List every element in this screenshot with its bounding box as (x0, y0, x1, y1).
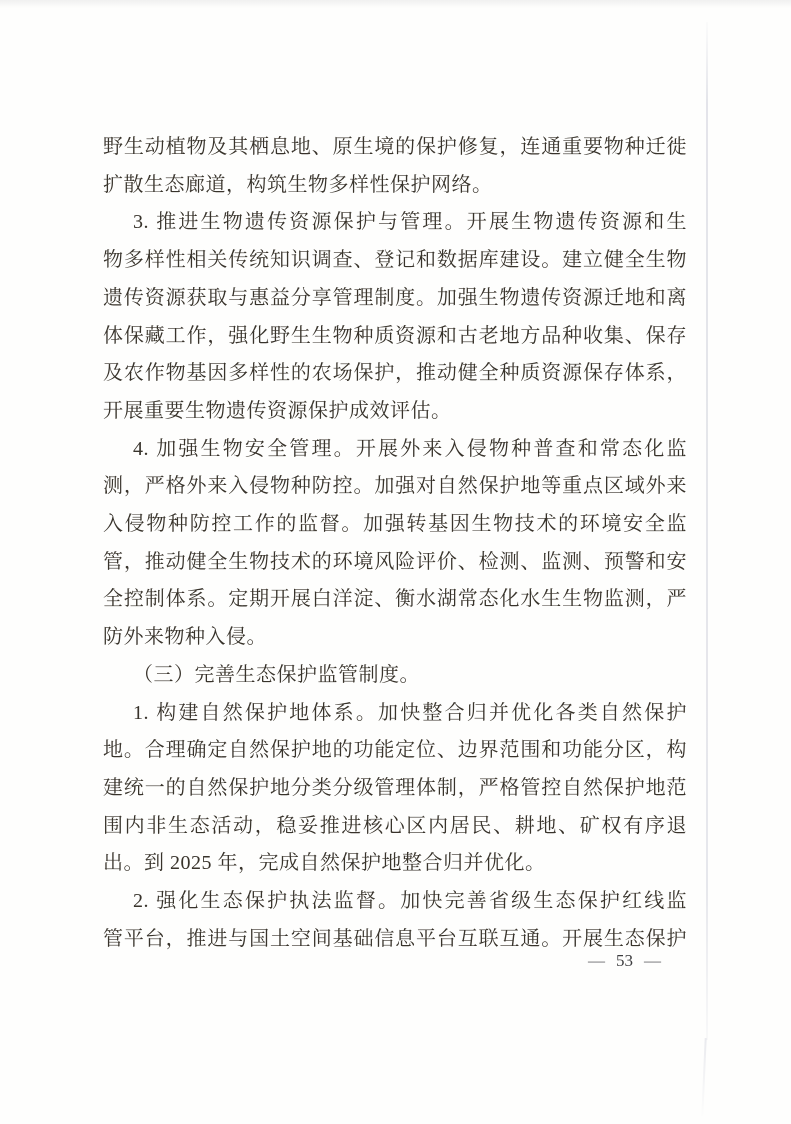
footer-dash-right: — (642, 951, 663, 971)
page-number: 53 (607, 951, 642, 971)
text-line: 测，严格外来入侵物种防控。加强对自然保护地等重点区域外来 (103, 468, 687, 506)
text-line: 1. 构建自然保护地体系。加快整合归并优化各类自然保护 (103, 695, 687, 733)
footer-dash-left: — (586, 951, 607, 971)
text-line: 野生动植物及其栖息地、原生境的保护修复，连通重要物种迁徙 (103, 129, 687, 167)
text-line: 3. 推进生物遗传资源保护与管理。开展生物遗传资源和生 (103, 204, 687, 242)
scan-top-edge-shade (0, 0, 791, 8)
text-line: 体保藏工作，强化野生生物种质资源和古老地方品种收集、保存 (103, 318, 687, 356)
text-line: 物多样性相关传统知识调查、登记和数据库建设。建立健全生物 (103, 242, 687, 280)
text-line: 建统一的自然保护地分类分级管理体制，严格管控自然保护地范 (103, 770, 687, 808)
text-line: 防外来物种入侵。 (103, 619, 687, 657)
text-line: （三）完善生态保护监管制度。 (103, 657, 687, 695)
text-line: 出。到 2025 年，完成自然保护地整合归并优化。 (103, 845, 687, 883)
document-page: 野生动植物及其栖息地、原生境的保护修复，连通重要物种迁徙 扩散生态廊道，构筑生物… (0, 0, 791, 1124)
scan-artifact-line-tail (701, 1038, 706, 1116)
document-body: 野生动植物及其栖息地、原生境的保护修复，连通重要物种迁徙 扩散生态廊道，构筑生物… (103, 129, 687, 958)
page-footer: — 53 — (586, 951, 663, 971)
text-line: 及农作物基因多样性的农场保护，推动健全种质资源保存体系， (103, 355, 687, 393)
text-line: 地。合理确定自然保护地的功能定位、边界范围和功能分区，构 (103, 732, 687, 770)
text-line: 开展重要生物遗传资源保护成效评估。 (103, 393, 687, 431)
text-line: 全控制体系。定期开展白洋淀、衡水湖常态化水生生物监测，严 (103, 581, 687, 619)
scan-artifact-line (706, 22, 708, 1040)
text-line: 遗传资源获取与惠益分享管理制度。加强生物遗传资源迁地和离 (103, 280, 687, 318)
text-line: 管，推动健全生物技术的环境风险评价、检测、监测、预警和安 (103, 544, 687, 582)
text-line: 2. 强化生态保护执法监督。加快完善省级生态保护红线监 (103, 883, 687, 921)
text-line: 扩散生态廊道，构筑生物多样性保护网络。 (103, 167, 687, 205)
text-line: 围内非生态活动，稳妥推进核心区内居民、耕地、矿权有序退 (103, 808, 687, 846)
text-line: 入侵物种防控工作的监督。加强转基因生物技术的环境安全监 (103, 506, 687, 544)
text-line: 4. 加强生物安全管理。开展外来入侵物种普查和常态化监 (103, 431, 687, 469)
